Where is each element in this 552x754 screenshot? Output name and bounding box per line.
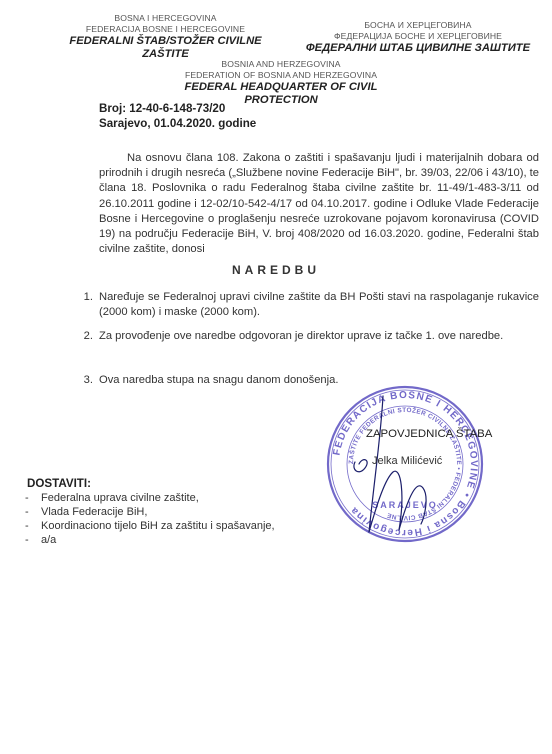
- order-item: 2. Za provođenje ove naredbe odgovoran j…: [99, 329, 539, 344]
- letterhead-institution: FEDERALNI ŠTAB/STOŽER CIVILNE ZAŠTITE: [58, 35, 273, 61]
- order-item-number: 3.: [63, 373, 93, 388]
- preamble-paragraph: Na osnovu člana 108. Zakona o zaštiti i …: [99, 151, 539, 257]
- order-item-number: 2.: [63, 329, 93, 344]
- order-item-text: Naređuje se Federalnoj upravi civilne za…: [99, 290, 539, 319]
- letterhead-latin: BOSNA I HERCEGOVINA FEDERACIJA BOSNE I H…: [58, 13, 273, 61]
- distribution-item-text: a/a: [41, 534, 56, 546]
- letterhead-federation: ФЕДЕРАЦИЈА БОСНЕ И ХЕРЦЕГОВИНЕ: [298, 31, 538, 42]
- distribution-item: -Koordinaciono tijelo BiH za zaštitu i s…: [25, 520, 275, 533]
- letterhead-institution: ФЕДЕРАЛНИ ШТАБ ЦИВИЛНЕ ЗАШТИТЕ: [298, 42, 538, 55]
- distribution-item-text: Vlada Federacije BiH,: [41, 506, 147, 518]
- letterhead-english: BOSNIA AND HERZEGOVINA FEDERATION OF BOS…: [150, 59, 412, 107]
- signatory-name: Jelka Milićević: [372, 455, 442, 467]
- preamble-text: Na osnovu člana 108. Zakona o zaštiti i …: [99, 152, 539, 255]
- order-item-text: Za provođenje ove naredbe odgovoran je d…: [99, 329, 539, 344]
- reference-number: Broj: 12-40-6-148-73/20: [99, 101, 256, 116]
- reference-block: Broj: 12-40-6-148-73/20 Sarajevo, 01.04.…: [99, 101, 256, 131]
- signatory-title: ZAPOVJEDNICA ŠTABA: [366, 428, 492, 440]
- order-item-number: 1.: [63, 290, 93, 305]
- distribution-title: DOSTAVITI:: [27, 477, 91, 490]
- letterhead-country: BOSNA I HERCEGOVINA: [58, 13, 273, 24]
- order-title: NAREDBU: [0, 263, 552, 277]
- place-date: Sarajevo, 01.04.2020. godine: [99, 116, 256, 131]
- letterhead-country: БОСНА И ХЕРЦЕГОВИНА: [298, 20, 538, 31]
- distribution-item: -Vlada Federacije BiH,: [25, 506, 147, 519]
- distribution-item-text: Federalna uprava civilne zaštite,: [41, 492, 199, 504]
- stamp-center-text: SARAJEVO: [372, 500, 438, 510]
- order-item: 1. Naređuje se Federalnoj upravi civilne…: [99, 290, 539, 319]
- letterhead-cyrillic: БОСНА И ХЕРЦЕГОВИНА ФЕДЕРАЦИЈА БОСНЕ И Х…: [298, 20, 538, 55]
- distribution-item: -Federalna uprava civilne zaštite,: [25, 492, 199, 505]
- distribution-item-text: Koordinaciono tijelo BiH za zaštitu i sp…: [41, 520, 275, 532]
- letterhead-federation: FEDERATION OF BOSNIA AND HERZEGOVINA: [150, 70, 412, 81]
- letterhead-country: BOSNIA AND HERZEGOVINA: [150, 59, 412, 70]
- letterhead-federation: FEDERACIJA BOSNE I HERCEGOVINE: [58, 24, 273, 35]
- distribution-item: -a/a: [25, 534, 56, 547]
